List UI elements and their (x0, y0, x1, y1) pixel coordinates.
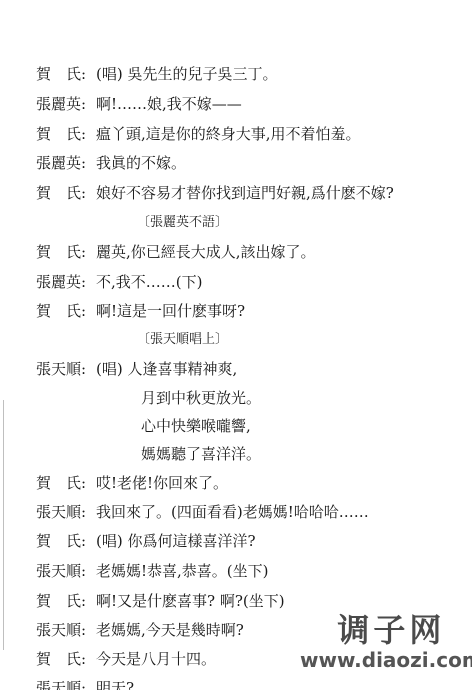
speaker-name: 張天順: (36, 620, 96, 640)
dialogue-line: 張麗英:不,我不……(下) (36, 272, 202, 292)
speaker-name: 張天順: (36, 502, 96, 522)
speaker-name: 張麗英: (36, 272, 96, 292)
dialogue-line: 賀 氏:(唱) 你爲何這樣喜洋洋? (36, 531, 256, 551)
song-verse: 月到中秋更放光。 (141, 388, 261, 408)
speaker-name: 張天順: (36, 561, 96, 581)
dialogue-line: 賀 氏:哎!老佬!你回來了。 (36, 473, 228, 493)
dialogue-line: 張麗英:啊!……娘,我不嫁—— (36, 94, 242, 114)
dialogue-line: 張天順:明天? (36, 678, 134, 690)
scan-margin-line (3, 400, 4, 650)
dialogue-text: 不,我不……(下) (96, 272, 202, 292)
watermark-title: 调子网 (300, 612, 472, 648)
dialogue-line: 賀 氏:(唱) 吳先生的兒子吳三丁。 (36, 64, 277, 84)
speaker-name: 賀 氏: (36, 591, 96, 611)
speaker-name: 賀 氏: (36, 183, 96, 203)
dialogue-text: 啊!這是一回什麽事呀? (96, 301, 245, 321)
dialogue-text: 明天? (96, 678, 134, 690)
dialogue-text: 我回來了。(四面看看)老媽媽!哈哈哈…… (96, 502, 369, 522)
speaker-name: 賀 氏: (36, 649, 96, 669)
dialogue-line: 張天順:(唱) 人逢喜事精神爽, (36, 359, 237, 379)
dialogue-text: 啊!……娘,我不嫁—— (96, 94, 242, 114)
dialogue-text: 啊!又是什麽喜事? 啊?(坐下) (96, 591, 285, 611)
dialogue-line: 張麗英:我眞的不嫁。 (36, 153, 186, 173)
dialogue-text: 瘟丫頭,這是你的終身大事,用不着怕羞。 (96, 124, 361, 144)
speaker-name: 張天順: (36, 678, 96, 690)
dialogue-text: 哎!老佬!你回來了。 (96, 473, 228, 493)
dialogue-line: 賀 氏:瘟丫頭,這是你的終身大事,用不着怕羞。 (36, 124, 361, 144)
dialogue-line: 張天順:老媽媽!恭喜,恭喜。(坐下) (36, 561, 269, 581)
dialogue-line: 賀 氏:啊!又是什麽喜事? 啊?(坐下) (36, 591, 285, 611)
dialogue-line: 賀 氏:今天是八月十四。 (36, 649, 216, 669)
script-page: 賀 氏:(唱) 吳先生的兒子吳三丁。 張麗英:啊!……娘,我不嫁—— 賀 氏:瘟… (0, 0, 472, 690)
song-verse: 媽媽聽了喜洋洋。 (141, 444, 261, 464)
dialogue-text: 老媽媽!恭喜,恭喜。(坐下) (96, 561, 269, 581)
speaker-name: 張麗英: (36, 94, 96, 114)
speaker-name: 賀 氏: (36, 64, 96, 84)
speaker-name: 賀 氏: (36, 301, 96, 321)
dialogue-text: 麗英,你已經長大成人,該出嫁了。 (96, 242, 316, 262)
dialogue-text: (唱) 你爲何這樣喜洋洋? (96, 531, 256, 551)
dialogue-line: 賀 氏:麗英,你已經長大成人,該出嫁了。 (36, 242, 316, 262)
dialogue-line: 賀 氏:啊!這是一回什麽事呀? (36, 301, 245, 321)
dialogue-line: 賀 氏:娘好不容易才替你找到這門好親,爲什麽不嫁? (36, 183, 394, 203)
dialogue-text: 老媽媽,今天是幾時啊? (96, 620, 244, 640)
watermark: 调子网 www.diaozi.com (300, 612, 472, 672)
speaker-name: 賀 氏: (36, 242, 96, 262)
watermark-url: www.diaozi.com (300, 648, 472, 672)
speaker-name: 張麗英: (36, 153, 96, 173)
speaker-name: 張天順: (36, 359, 96, 379)
dialogue-line: 張天順:我回來了。(四面看看)老媽媽!哈哈哈…… (36, 502, 369, 522)
dialogue-text: 今天是八月十四。 (96, 649, 216, 669)
dialogue-text: (唱) 吳先生的兒子吳三丁。 (96, 64, 277, 84)
speaker-name: 賀 氏: (36, 473, 96, 493)
speaker-name: 賀 氏: (36, 531, 96, 551)
speaker-name: 賀 氏: (36, 124, 96, 144)
dialogue-text: 娘好不容易才替你找到這門好親,爲什麽不嫁? (96, 183, 394, 203)
dialogue-text: (唱) 人逢喜事精神爽, (96, 359, 237, 379)
dialogue-text: 我眞的不嫁。 (96, 153, 186, 173)
song-verse: 心中快樂喉嚨響, (141, 416, 251, 436)
stage-direction: 〔張麗英不語〕 (137, 213, 228, 233)
dialogue-line: 張天順:老媽媽,今天是幾時啊? (36, 620, 244, 640)
stage-direction: 〔張天順唱上〕 (137, 330, 228, 350)
